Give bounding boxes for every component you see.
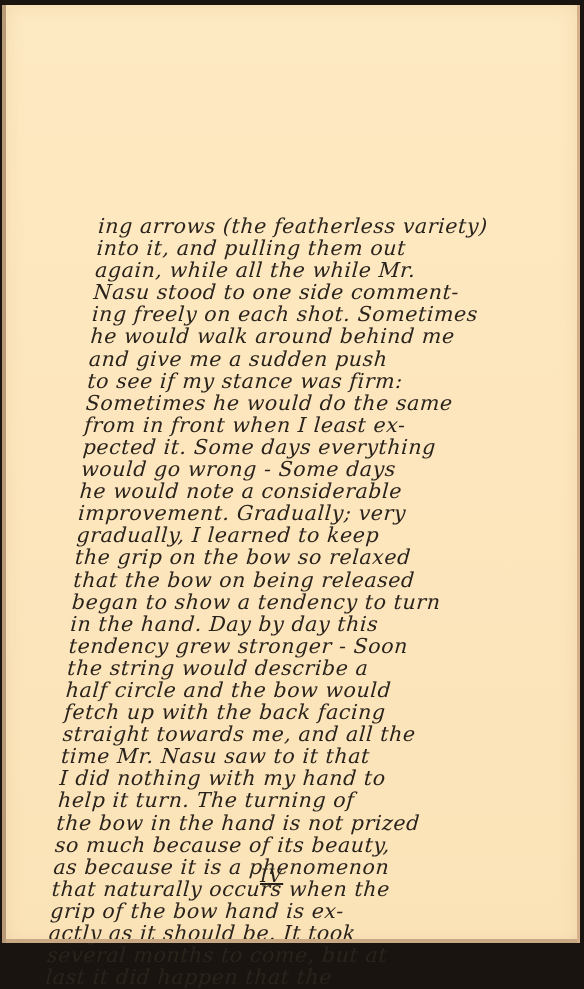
text-line: to see if my stance was firm: [87,370,539,392]
text-line: I did nothing with my hand to [59,767,511,789]
page-bottom-edge [6,939,577,943]
text-line: would go wrong - Some days [80,458,532,480]
text-line: Sometimes he would do the same [85,392,537,414]
text-line: gradually, I learned to keep [76,524,528,546]
text-line: pected it. Some days everything [82,436,534,458]
text-line: again, while all the while Mr. [94,259,546,281]
text-line: began to show a tendency to turn [71,591,523,613]
text-line: and give me a sudden push [88,348,540,370]
text-line: fetch up with the back facing [64,701,516,723]
text-line: help it turn. The turning of [57,789,509,811]
text-line: in the hand. Day by day this [70,613,522,635]
text-line: Nasu stood to one side comment- [93,281,545,303]
text-line: improvement. Gradually; very [77,502,529,524]
handwritten-text: ing arrows (the featherless variety)into… [45,215,549,947]
text-line: half circle and the bow would [65,679,517,701]
text-line: he would walk around behind me [90,325,542,347]
text-line: time Mr. Nasu saw to it that [60,745,512,767]
text-line: into it, and pulling them out [96,237,548,259]
text-line: the grip on the bow so relaxed [74,546,526,568]
text-line: the bow in the hand is not prized [56,812,508,834]
text-line: from in front when I least ex- [84,414,536,436]
text-line: so much because of its beauty, [54,834,506,856]
text-line: that the bow on being released [73,569,525,591]
text-line: ing freely on each shot. Sometimes [91,303,543,325]
text-line: straight towards me, and all the [62,723,514,745]
text-line: tendency grew stronger - Soon [68,635,520,657]
text-line: ing arrows (the featherless variety) [97,215,549,237]
book-page: ing arrows (the featherless variety)into… [2,5,580,943]
text-line: grip of the bow hand is ex- [50,900,502,922]
page-number: IV [260,865,283,887]
text-line: he would note a considerable [79,480,531,502]
text-line: the string would describe a [67,657,519,679]
